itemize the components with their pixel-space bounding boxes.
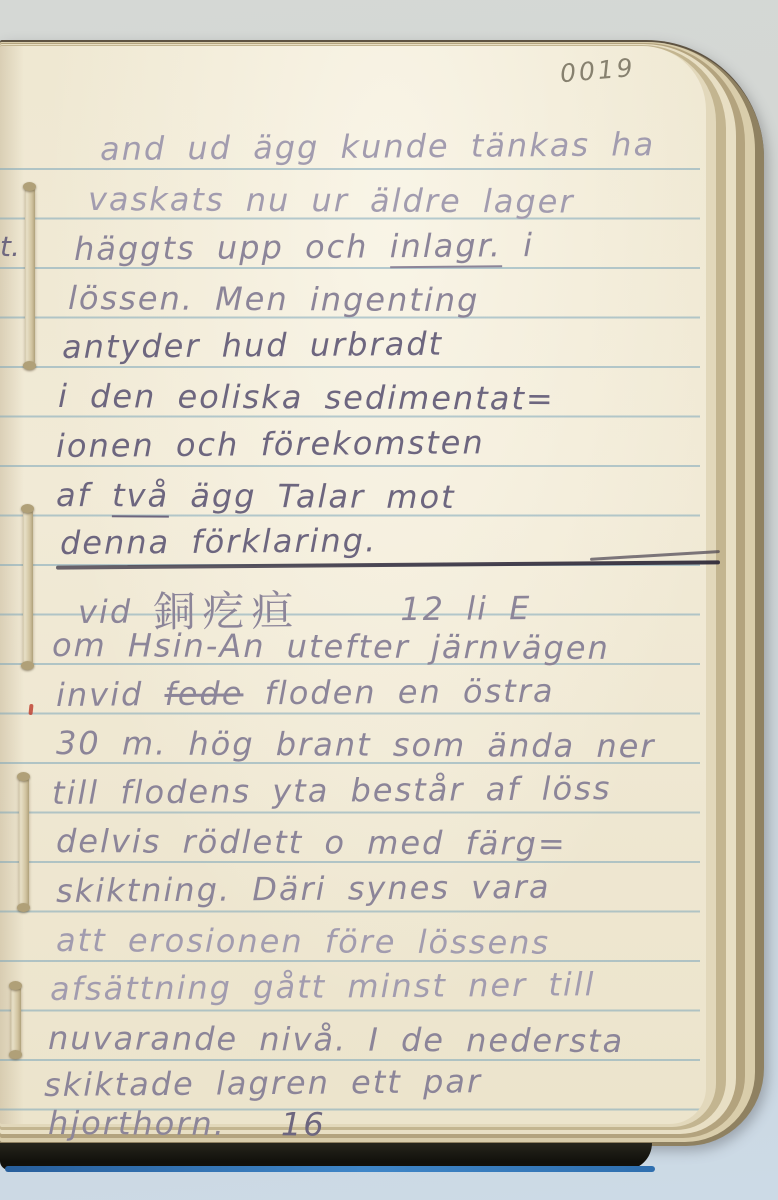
handwriting-line-1: and ud ägg kunde tänkas ha [100, 125, 655, 168]
handwriting-line-3: häggts upp och inlagr. i [74, 226, 534, 268]
item-number-note: 16 [281, 1105, 326, 1143]
handwriting-segment: vid [78, 592, 154, 631]
distance-note: 12 li E [400, 589, 531, 628]
scan-background: { "page_number": "0019", "margin_fragmen… [0, 0, 778, 1200]
handwriting-line-8: af två ägg Talar mot [56, 476, 456, 516]
struck-word: fede [164, 674, 243, 713]
handwriting-line-20: skiktade lagren ett par [44, 1062, 482, 1104]
handwriting-segment: att erosionen före lössens [56, 921, 550, 962]
handwriting-line-5: antyder hud urbradt [62, 325, 443, 366]
handwriting-segment: nuvarande nivå. I de nedersta [48, 1019, 624, 1060]
handwriting-segment: ägg Talar mot [169, 477, 456, 516]
handwriting-line-6: i den eoliska sedimentat= [58, 377, 555, 418]
handwriting-segment: i [502, 226, 534, 264]
handwriting-segment: and ud ägg kunde tänkas ha [100, 125, 655, 168]
handwriting-line-18: afsättning gått minst ner till [50, 965, 596, 1008]
handwriting-line-14: till flodens yta består af löss [52, 769, 612, 812]
handwriting-line-11: om Hsin-An utefter järnvägen [52, 626, 610, 667]
handwriting-segment: hjorthorn. [48, 1104, 226, 1143]
cover-blue-trim [5, 1166, 655, 1172]
handwriting-segment: 30 m. hög brant som ända ner [56, 724, 656, 765]
handwriting-segment: skiktade lagren ett par [44, 1062, 482, 1104]
handwriting-segment: afsättning gått minst ner till [50, 965, 596, 1008]
handwriting-segment: ionen och förekomsten [56, 423, 485, 465]
binding-stitch [19, 776, 29, 908]
handwriting-segment: antyder hud urbradt [62, 325, 443, 366]
handwriting-segment: invid [56, 675, 165, 714]
handwriting-line-2: vaskats nu ur äldre lager [88, 180, 575, 221]
underlined-word: två [112, 476, 169, 517]
handwriting-segment: floden en östra [243, 672, 554, 713]
binding-stitch [25, 186, 35, 366]
handwriting-line-17: att erosionen före lössens [56, 921, 550, 962]
underlined-word: inlagr. [389, 226, 502, 268]
handwriting-line-4: lössen. Men ingenting [68, 279, 480, 319]
handwriting-segment: om Hsin-An utefter järnvägen [52, 626, 610, 667]
handwriting-line-13: 30 m. hög brant som ända ner [56, 724, 656, 765]
handwriting-segment: denna förklaring. [60, 521, 378, 562]
handwriting-line-19: nuvarande nivå. I de nedersta [48, 1019, 624, 1060]
binding-stitch [11, 985, 21, 1055]
handwriting-segment: skiktning. Däri synes vara [56, 868, 551, 910]
handwriting-line-12: invid fede floden en östra [56, 672, 555, 714]
binding-stitch [23, 508, 33, 666]
handwriting-line-15: delvis rödlett o med färg= [56, 822, 567, 863]
handwriting-segment: till flodens yta består af löss [52, 769, 612, 812]
handwriting-line-7: ionen och förekomsten [56, 423, 485, 465]
handwriting-segment: i den eoliska sedimentat= [58, 377, 555, 418]
handwriting-segment: af [56, 476, 112, 514]
handwriting-line-9: denna förklaring. [60, 521, 378, 562]
handwriting-segment: häggts upp och [74, 227, 390, 268]
handwriting-segment: vaskats nu ur äldre lager [88, 180, 575, 221]
handwriting-line-21: hjorthorn.16 [48, 1104, 326, 1143]
margin-text-fragment: t. [0, 230, 20, 263]
handwriting-line-16: skiktning. Däri synes vara [56, 868, 551, 910]
handwriting-segment: lössen. Men ingenting [68, 279, 480, 319]
handwriting-segment: delvis rödlett o med färg= [56, 822, 567, 863]
